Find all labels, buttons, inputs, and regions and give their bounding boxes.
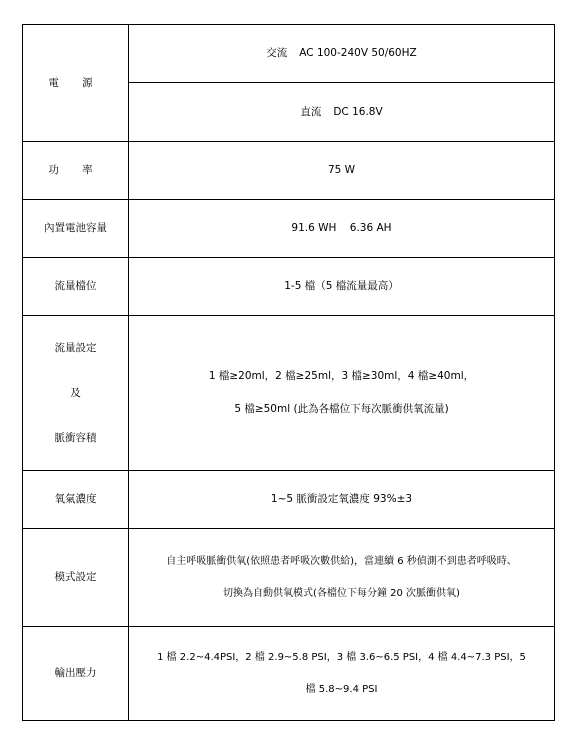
value-power: 75 W xyxy=(129,142,555,200)
table-row-output-pressure: 輸出壓力 1 檔 2.2~4.4PSI，2 檔 2.9~5.8 PSI，3 檔 … xyxy=(23,627,555,721)
mode-setting-value-line-2: 切換為自動供氧模式(各檔位下每分鐘 20 次脈衝供氧) xyxy=(135,588,548,600)
oxygen-concentration-label: 氧氣濃度 xyxy=(55,493,97,505)
flow-setting-label-line-1: 流量設定 xyxy=(29,326,122,371)
value-flow-setting: 1 檔≥20ml，2 檔≥25ml，3 檔≥30ml，4 檔≥40ml， 5 檔… xyxy=(129,316,555,471)
mode-setting-value-line-1: 自主呼吸脈衝供氧(依照患者呼吸次數供給)，當連續 6 秒偵測不到患者呼吸時、 xyxy=(135,556,548,568)
table-row-flow-setting: 流量設定 及 脈衝容積 1 檔≥20ml，2 檔≥25ml，3 檔≥30ml，4… xyxy=(23,316,555,471)
battery-label: 內置電池容量 xyxy=(44,222,107,234)
label-battery: 內置電池容量 xyxy=(23,200,129,258)
spec-table: 電 源 交流AC 100-240V 50/60HZ 直流DC 16.8V 功 率… xyxy=(22,24,555,721)
flow-setting-label-line-3: 脈衝容積 xyxy=(29,416,122,461)
label-flow-setting: 流量設定 及 脈衝容積 xyxy=(23,316,129,471)
value-dc: 直流DC 16.8V xyxy=(129,83,555,142)
flow-levels-value: 1-5 檔（5 檔流量最高） xyxy=(284,280,399,292)
flow-setting-value-line-2: 5 檔≥50ml (此為各檔位下每次脈衝供氧流量) xyxy=(135,403,548,416)
output-pressure-value-line-1: 1 檔 2.2~4.4PSI，2 檔 2.9~5.8 PSI，3 檔 3.6~6… xyxy=(135,652,548,664)
value-battery: 91.6 WH 6.36 AH xyxy=(129,200,555,258)
dc-value: DC 16.8V xyxy=(333,106,382,118)
value-output-pressure: 1 檔 2.2~4.4PSI，2 檔 2.9~5.8 PSI，3 檔 3.6~6… xyxy=(129,627,555,721)
flow-setting-label-line-2: 及 xyxy=(29,371,122,416)
flow-levels-label: 流量檔位 xyxy=(55,280,97,292)
output-pressure-value-line-2: 檔 5.8~9.4 PSI xyxy=(135,684,548,696)
mode-setting-label: 模式設定 xyxy=(55,571,97,583)
value-ac: 交流AC 100-240V 50/60HZ xyxy=(129,25,555,83)
label-flow-levels: 流量檔位 xyxy=(23,258,129,316)
table-row-battery: 內置電池容量 91.6 WH 6.36 AH xyxy=(23,200,555,258)
power-label: 功 率 xyxy=(48,164,102,176)
value-mode-setting: 自主呼吸脈衝供氧(依照患者呼吸次數供給)，當連續 6 秒偵測不到患者呼吸時、 切… xyxy=(129,529,555,627)
power-value: 75 W xyxy=(328,164,355,176)
ac-value: AC 100-240V 50/60HZ xyxy=(299,47,416,59)
battery-value: 91.6 WH 6.36 AH xyxy=(291,222,391,234)
label-mode-setting: 模式設定 xyxy=(23,529,129,627)
flow-setting-value-line-1: 1 檔≥20ml，2 檔≥25ml，3 檔≥30ml，4 檔≥40ml， xyxy=(135,370,548,383)
table-row-power-source-ac: 電 源 交流AC 100-240V 50/60HZ xyxy=(23,25,555,83)
ac-label: 交流 xyxy=(266,47,287,59)
output-pressure-label: 輸出壓力 xyxy=(55,667,97,679)
value-oxygen-concentration: 1~5 脈衝設定氧濃度 93%±3 xyxy=(129,471,555,529)
label-power-source: 電 源 xyxy=(23,25,129,142)
dc-label: 直流 xyxy=(300,106,321,118)
table-row-power: 功 率 75 W xyxy=(23,142,555,200)
label-oxygen-concentration: 氧氣濃度 xyxy=(23,471,129,529)
table-row-oxygen-concentration: 氧氣濃度 1~5 脈衝設定氧濃度 93%±3 xyxy=(23,471,555,529)
value-flow-levels: 1-5 檔（5 檔流量最高） xyxy=(129,258,555,316)
oxygen-concentration-value: 1~5 脈衝設定氧濃度 93%±3 xyxy=(271,493,412,505)
label-power: 功 率 xyxy=(23,142,129,200)
table-row-mode-setting: 模式設定 自主呼吸脈衝供氧(依照患者呼吸次數供給)，當連續 6 秒偵測不到患者呼… xyxy=(23,529,555,627)
table-row-flow-levels: 流量檔位 1-5 檔（5 檔流量最高） xyxy=(23,258,555,316)
power-source-label: 電 源 xyxy=(48,77,102,89)
label-output-pressure: 輸出壓力 xyxy=(23,627,129,721)
